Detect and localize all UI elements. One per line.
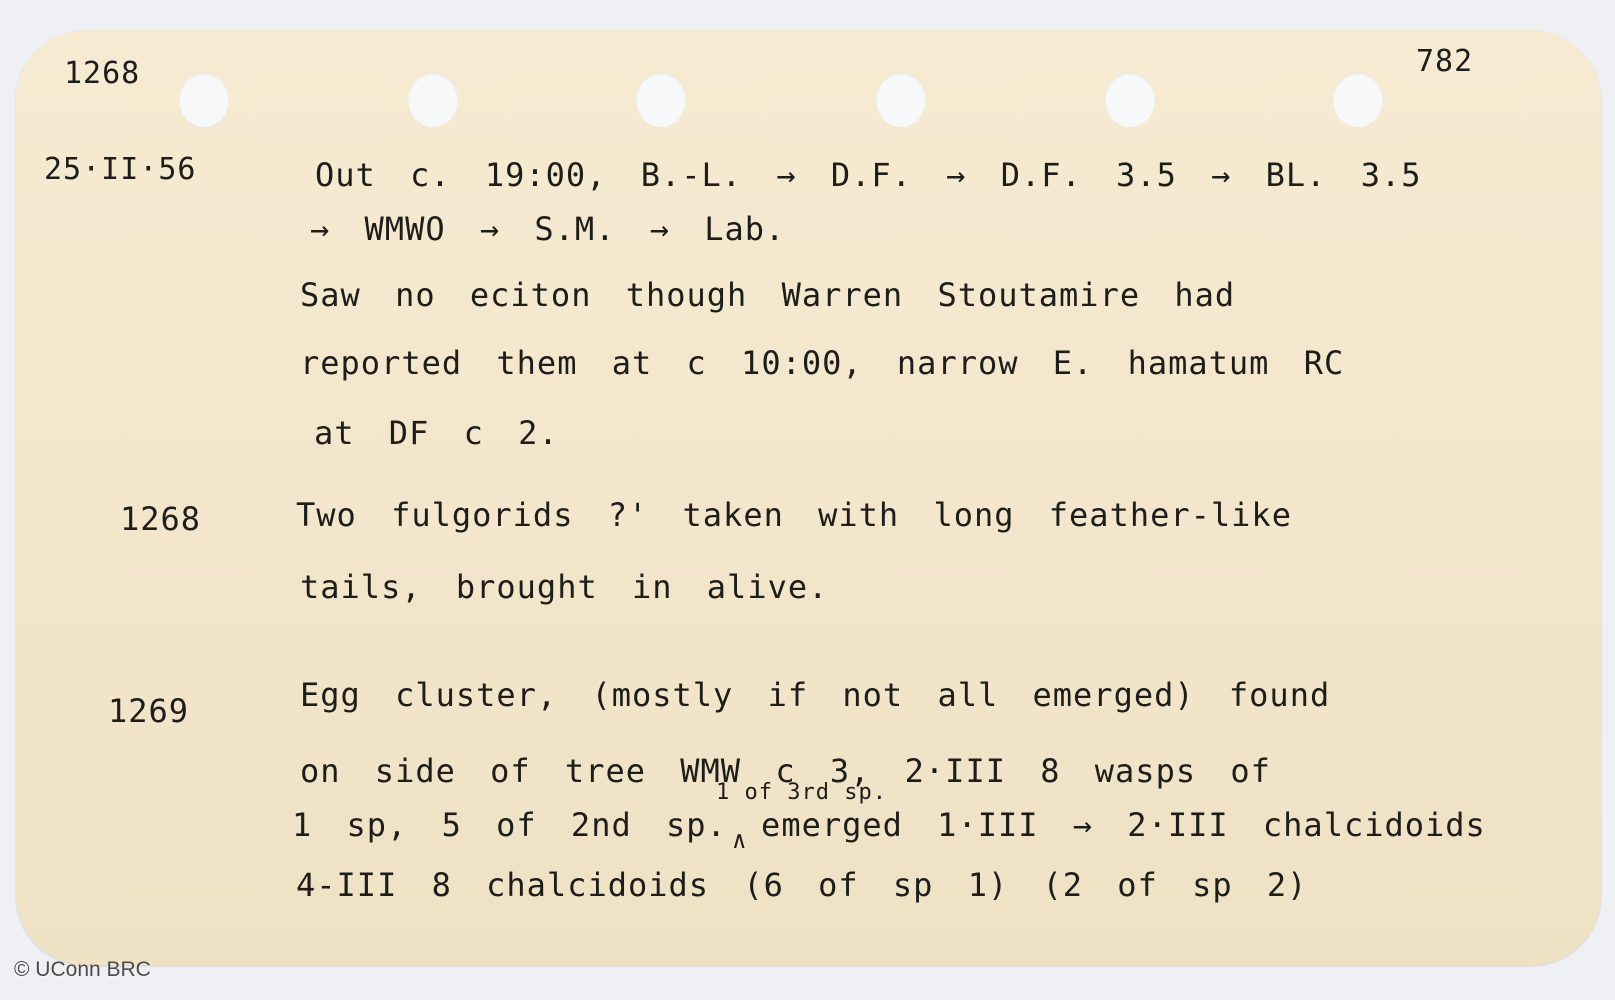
specimen-number: 1268 xyxy=(120,500,201,538)
note-line: 1 sp, 5 of 2nd sp. emerged 1·III → 2·III… xyxy=(292,806,1486,844)
catalog-number: 1268 xyxy=(64,56,140,91)
note-line: at DF c 2. xyxy=(314,414,559,452)
insertion-note: 1 of 3rd sp. xyxy=(716,780,887,805)
binder-hole xyxy=(1333,73,1383,127)
insertion-caret: ∧ xyxy=(732,826,747,854)
note-line: → WMWO → S.M. → Lab. xyxy=(310,210,785,248)
binder-hole xyxy=(408,73,458,127)
binder-hole xyxy=(876,73,926,127)
note-line: tails, brought in alive. xyxy=(300,568,828,606)
note-line: reported them at c 10:00, narrow E. hama… xyxy=(300,344,1344,382)
note-line: Out c. 19:00, B.-L. → D.F. → D.F. 3.5 → … xyxy=(315,156,1421,194)
note-line: Saw no eciton though Warren Stoutamire h… xyxy=(300,276,1235,314)
note-line: Egg cluster, (mostly if not all emerged)… xyxy=(300,676,1330,714)
note-line: Two fulgorids ?' taken with long feather… xyxy=(296,496,1292,534)
specimen-number: 1269 xyxy=(108,692,189,730)
binder-hole xyxy=(179,73,229,127)
binder-hole xyxy=(636,73,686,127)
copyright-notice: © UConn BRC xyxy=(14,958,151,982)
entry-date: 25·II·56 xyxy=(44,152,197,187)
binder-hole xyxy=(1105,73,1155,127)
page-number: 782 xyxy=(1416,44,1473,79)
note-line: 4-III 8 chalcidoids (6 of sp 1) (2 of sp… xyxy=(296,866,1307,904)
